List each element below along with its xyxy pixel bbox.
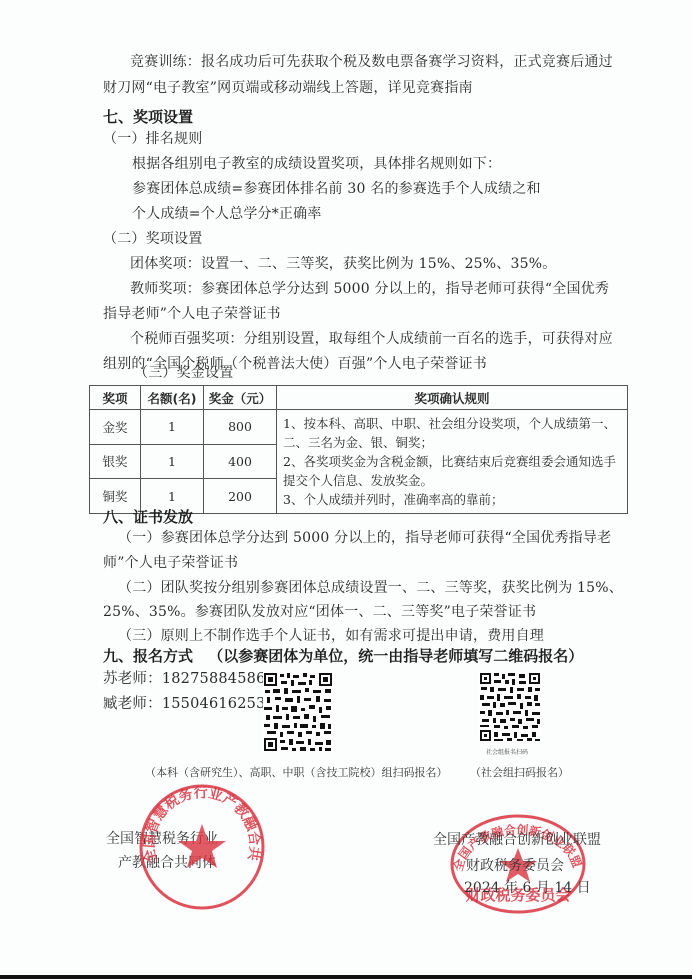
section-7-title: 七、奖项设置 [103,106,193,127]
qr-caption-social: （社会组扫码报名） [470,764,569,780]
cert-item-2-line-1: （二）团队奖按分组别参赛团体总成绩设置一、二、三等奖，获奖比例为 15%、 [118,580,623,596]
rule-line: 1、按本科、高职、中职、社会组分设奖项，个人成绩第一、二、三名为金、银、铜奖； [283,414,621,452]
cert-item-1-line-1: （一）参赛团体总学分达到 5000 分以上的，指导老师可获得“全国优秀指导老 [118,530,611,546]
contact-name: 苏老师： [103,671,162,687]
header-award: 奖项 [90,386,141,410]
teacher-award-line-2: 指导老师”个人电子荣誉证书 [103,306,281,322]
awards-title: （二）奖项设置 [103,231,202,247]
right-signature-line-2: 财政税务委员会 [466,855,564,877]
cert-item-2-line-2: 25%、35%。参赛团队发放对应“团体一、二、三等奖”电子荣誉证书 [103,604,536,620]
header-rules: 奖项确认规则 [277,386,628,410]
contact-zang: 臧老师：15504616253 [103,696,266,712]
qr-code-icon[interactable] [479,672,541,742]
ranking-rules-title: （一）排名规则 [103,131,202,147]
teacher-award-line-1: 教师奖项：参赛团体总学分达到 5000 分以上的，指导老师可获得“全国优秀 [130,281,609,297]
ranking-rule-line: 个人成绩=个人总学分*正确率 [132,206,322,222]
section-9-note: （以参赛团体为单位，统一由指导老师填写二维码报名） [208,647,583,665]
table-header-row: 奖项 名额(名) 奖金（元） 奖项确认规则 [90,386,628,410]
right-signature-line-1: 全国产教融合创新创业联盟 [433,829,601,851]
award-cell: 银奖 [90,444,141,479]
table-row: 金奖 1 800 1、按本科、高职、中职、社会组分设奖项，个人成绩第一、二、三名… [90,410,628,445]
team-award: 团体奖项：设置一、二、三等奖，获奖比例为 15%、25%、35%。 [130,256,556,272]
contact-phone: 18275884586 [162,671,266,687]
section-9-title: 九、报名方式 （以参赛团体为单位，统一由指导老师填写二维码报名） [103,645,583,666]
quota-cell: 1 [141,410,204,445]
section-8-title: 八、证书发放 [103,506,193,527]
rules-cell: 1、按本科、高职、中职、社会组分设奖项，个人成绩第一、二、三名为金、银、铜奖； … [277,410,628,514]
ranking-rule-line: 根据各组别电子教室的成绩设置奖项，具体排名规则如下： [132,156,501,172]
quota-cell: 1 [141,444,204,479]
prize-table: 奖项 名额(名) 奖金（元） 奖项确认规则 金奖 1 800 1、按本科、高职、… [89,385,628,514]
award-cell: 金奖 [90,410,141,445]
cert-item-1-line-2: 师”个人电子荣誉证书 [103,555,238,571]
amount-cell: 400 [204,444,277,479]
contact-phone: 15504616253 [162,696,266,712]
top100-award-line-1: 个税师百强奖项：分组别设置，取每组个人成绩前一百名的选手，可获得对应 [130,331,613,347]
intro-line-1: 竞赛训练：报名成功后可先获取个税及数电票备赛学习资料，正式竞赛后通过 [130,54,613,70]
section-9-heading: 九、报名方式 [103,647,193,665]
contact-name: 臧老师： [103,696,162,712]
header-amount: 奖金（元） [204,386,277,410]
header-quota: 名额(名) [141,386,204,410]
rule-line: 2、各奖项奖金为含税金额，比赛结束后竞赛组委会通知选手提交个人信息、发放奖金。 [283,452,621,490]
prize-money-title: （三）奖金设置 [134,365,233,381]
ranking-rule-line: 参赛团体总成绩=参赛团体排名前 30 名的参赛选手个人成绩之和 [132,181,541,197]
cert-item-3: （三）原则上不制作选手个人证书，如有需求可提出申请，费用自理 [118,628,544,644]
qr-label-social: 社会组报名扫码 [486,747,528,756]
contact-su: 苏老师：18275884586 [103,671,266,687]
left-seal-icon: 全国智慧税务行业产教融合共同体 [137,782,267,912]
qr-code-icon[interactable] [263,672,333,752]
signature-date: 2024 年 6 月 14 日 [464,877,591,899]
intro-line-2: 财刀网“电子教室”网页端或移动端线上答题，详见竞赛指南 [103,80,473,96]
amount-cell: 200 [204,479,277,514]
qr-caption-school: （本科（含研究生）、高职、中职（含技工院校）组扫码报名） [145,764,448,780]
rule-line: 3、个人成绩并列时，准确率高的靠前； [283,490,621,509]
bottom-edge-bar [0,975,692,979]
amount-cell: 800 [204,410,277,445]
